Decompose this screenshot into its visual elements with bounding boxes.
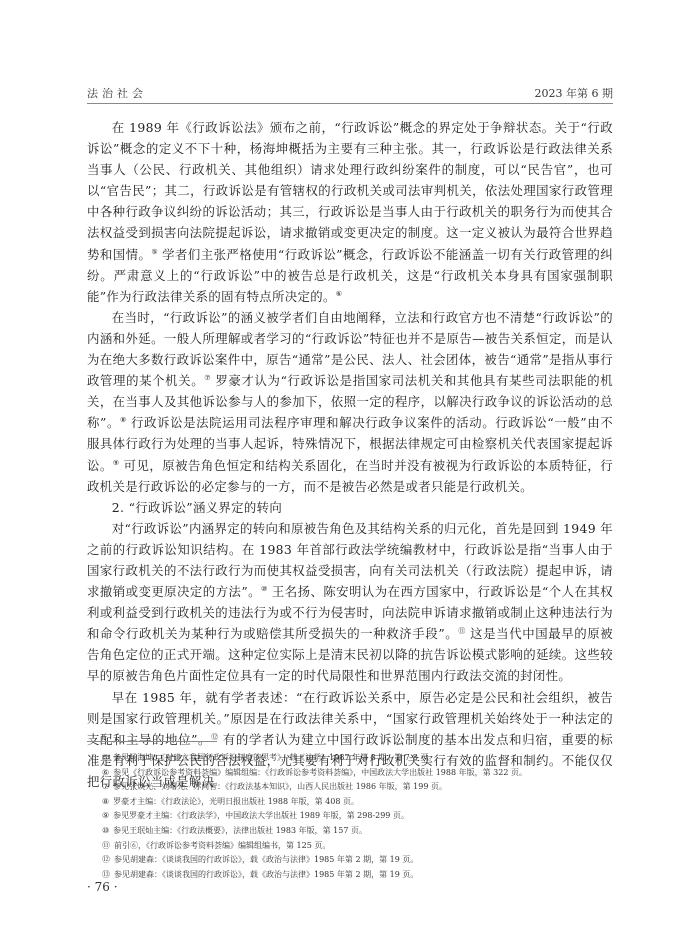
body-paragraph: 在 1989 年《行政诉讼法》颁布之前，“行政诉讼”概念的界定处于争辩状态。关于…	[87, 117, 613, 307]
text-segment: 可见，原被告角色恒定和结构关系固化，在当时并没有被视为行政诉讼的本质特征，行政机…	[87, 458, 613, 494]
footnote-text: 参见胡建森：《谈谈我国的行政诉讼》，载《政治与法律》1985 年第 2 期，第 …	[114, 855, 418, 864]
text-segment: 2. “行政诉讼”涵义界定的转向	[112, 500, 282, 515]
footnote-mark: ⑬	[102, 870, 110, 879]
footnote-text: 罗豪才主编：《行政法论》，光明日报出版社 1988 年版，第 408 页。	[113, 797, 359, 806]
body-paragraph: 对“行政诉讼”内涵界定的转向和原被告角色及其结构关系的归元化，首先是回到 194…	[87, 518, 613, 687]
footnote-item: ⑥参见《行政诉讼参考资料荟编》编辑组编：《行政诉讼参考资料荟编》，中国政法大学出…	[102, 766, 622, 781]
footnote-mark: ⑨	[102, 811, 109, 820]
footnote-mark: ⑥	[102, 768, 109, 777]
text-segment: 学者们主张严格使用“行政诉讼”概念，行政诉讼不能涵盖一切有关行政管理的纠纷。严肃…	[87, 247, 613, 304]
body-paragraph: 在当时，“行政诉讼”的涵义被学者们自由地阐释，立法和行政官方也不清楚“行政诉讼”…	[87, 307, 613, 497]
footnote-item: ⑤参见杨海坤：《对建立我国行政诉讼制度的思考》，载《法学》1987 年第 8 期…	[102, 751, 622, 766]
page-number: · 76 ·	[87, 880, 118, 894]
footnote-text: 参见王珉灿主编：《行政法概要》，法律出版社 1983 年版，第 157 页。	[113, 826, 367, 835]
footnote-reference[interactable]: ⑥	[336, 290, 342, 298]
footnote-item: ⑩参见王珉灿主编：《行政法概要》，法律出版社 1983 年版，第 157 页。	[102, 824, 622, 839]
footnote-item: ⑪前引⑥，《行政诉讼参考资料荟编》编辑组编书，第 125 页。	[102, 839, 622, 854]
section-heading: 2. “行政诉讼”涵义界定的转向	[87, 497, 613, 518]
footnote-text: 参见杨海坤：《对建立我国行政诉讼制度的思考》，载《法学》1987 年第 8 期，…	[113, 753, 436, 762]
footnote-mark: ⑦	[102, 782, 109, 791]
footnote-item: ⑧罗豪才主编：《行政法论》，光明日报出版社 1988 年版，第 408 页。	[102, 795, 622, 810]
footnotes: ⑤参见杨海坤：《对建立我国行政诉讼制度的思考》，载《法学》1987 年第 8 期…	[102, 751, 622, 882]
article-body: 在 1989 年《行政诉讼法》颁布之前，“行政诉讼”概念的界定处于争辩状态。关于…	[87, 117, 613, 792]
footnote-text: 参见胡建森：《谈谈我国的行政诉讼》，载《政治与法律》1985 年第 2 期，第 …	[114, 870, 418, 879]
footnote-text: 前引⑥，《行政诉讼参考资料荟编》编辑组编书，第 125 页。	[114, 841, 330, 850]
footnote-text: 参见《行政诉讼参考资料荟编》编辑组编：《行政诉讼参考资料荟编》，中国政法大学出版…	[113, 768, 527, 777]
footnote-item: ⑬参见胡建森：《谈谈我国的行政诉讼》，载《政治与法律》1985 年第 2 期，第…	[102, 868, 622, 883]
footnote-mark: ⑫	[102, 855, 110, 864]
footnote-text: 参见张焕光、刘曙光、苏尚智：《行政法基本知识》，山西人民出版社 1986 年版，…	[113, 782, 447, 791]
footnote-mark: ⑩	[102, 826, 109, 835]
footnote-item: ⑫参见胡建森：《谈谈我国的行政诉讼》，载《政治与法律》1985 年第 2 期，第…	[102, 853, 622, 868]
footnote-text: 参见罗豪才主编：《行政法学》，中国政法大学出版社 1989 年版，第 298-2…	[113, 811, 409, 820]
footnote-reference[interactable]: ⑪	[458, 627, 465, 635]
issue-label: 2023 年第 6 期	[535, 85, 613, 101]
footnote-item: ⑦参见张焕光、刘曙光、苏尚智：《行政法基本知识》，山西人民出版社 1986 年版…	[102, 780, 622, 795]
journal-title: 法治社会	[87, 85, 147, 101]
text-segment: 在 1989 年《行政诉讼法》颁布之前，“行政诉讼”概念的界定处于争辩状态。关于…	[87, 120, 613, 262]
footnote-mark: ⑪	[102, 841, 110, 850]
footnote-reference[interactable]: ⑦	[204, 374, 211, 382]
running-header: 法治社会 2023 年第 6 期	[87, 84, 613, 104]
footnote-item: ⑨参见罗豪才主编：《行政法学》，中国政法大学出版社 1989 年版，第 298-…	[102, 809, 622, 824]
footnote-separator	[87, 741, 217, 742]
footnote-mark: ⑤	[102, 753, 109, 762]
footnote-mark: ⑧	[102, 797, 109, 806]
